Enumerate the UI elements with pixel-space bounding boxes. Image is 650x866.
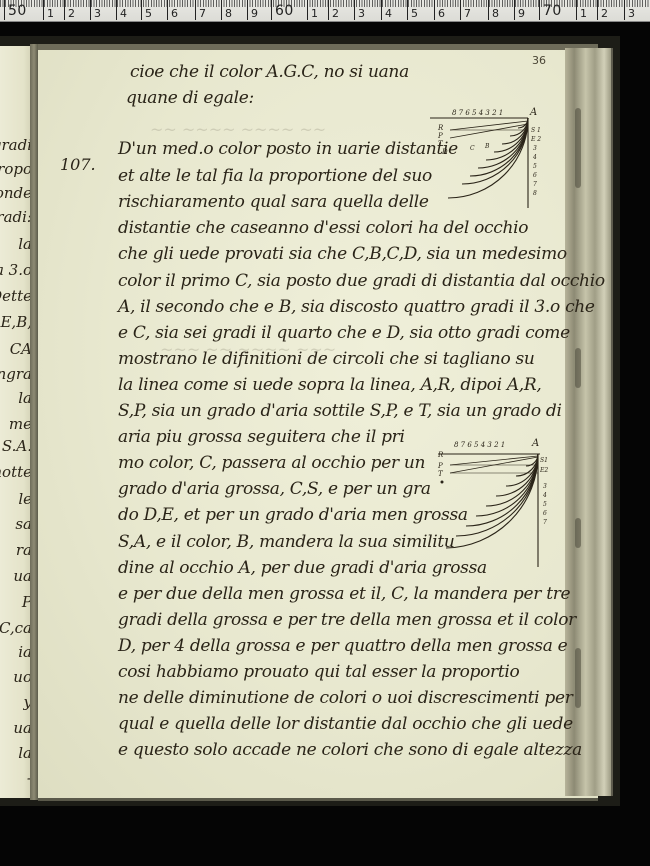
manuscript-line: D'un med.o color posto in uarie distanti… xyxy=(118,139,458,159)
ruler-label: 3 xyxy=(628,7,635,20)
svg-text:E 2: E 2 xyxy=(530,136,541,143)
ruler-label: 4 xyxy=(385,7,392,20)
left-page-fragment: CA xyxy=(10,340,32,358)
diagram-apex-label: A xyxy=(529,107,537,118)
svg-text:E2: E2 xyxy=(539,467,548,474)
ruler-label: 9 xyxy=(251,7,258,20)
ruler-label: 2 xyxy=(332,7,339,20)
ruler-label: 2 xyxy=(68,7,75,20)
lower-quarter-circle-diagram: 8 7 6 5 4 3 2 1 A R P T S1 E2 3 4 5 6 7 xyxy=(430,432,540,571)
left-page: gradiproposonderadi:laa 3.oDetteE,B,CAng… xyxy=(0,46,34,798)
svg-text:5: 5 xyxy=(533,163,537,170)
left-page-fragment: C,ca xyxy=(0,619,32,637)
manuscript-line: quane di egale: xyxy=(126,88,254,108)
svg-text:B: B xyxy=(484,143,490,150)
ruler-label: 60 xyxy=(275,5,294,18)
left-page-fragment: me xyxy=(9,415,32,433)
ruler-major-tick xyxy=(247,0,248,20)
ruler-major-tick xyxy=(64,0,65,20)
ruler-major-tick xyxy=(381,0,382,20)
svg-text:P: P xyxy=(437,462,443,470)
ruler-label: 1 xyxy=(580,7,587,20)
ruler-label: 8 xyxy=(492,7,499,20)
left-page-fragment: radi: xyxy=(0,208,32,226)
diagram-top-scale: 8 7 6 5 4 3 2 1 xyxy=(452,109,503,117)
ruler-label: 1 xyxy=(47,7,54,20)
manuscript-line: la linea come si uede sopra la linea, A,… xyxy=(118,375,542,395)
svg-text:S 1: S 1 xyxy=(531,127,541,134)
ruler-major-tick xyxy=(576,0,577,20)
manuscript-line: mostrano le difinitioni de circoli che s… xyxy=(118,349,535,369)
ruler-label: 3 xyxy=(358,7,365,20)
svg-text:P: P xyxy=(437,132,443,140)
ruler-major-tick xyxy=(307,0,308,20)
ruler-label: 8 xyxy=(225,7,232,20)
left-page-fragment: propo xyxy=(0,160,32,178)
paragraph-number: 107. xyxy=(60,155,96,174)
ruler-major-tick xyxy=(195,0,196,20)
ruler-major-tick xyxy=(271,0,272,20)
ruler-label: 6 xyxy=(438,7,445,20)
ruler-label: 5 xyxy=(145,7,152,20)
ruler-major-tick xyxy=(328,0,329,20)
svg-text:5: 5 xyxy=(543,501,547,508)
manuscript-line: do D,E, et per un grado d'aria men gross… xyxy=(118,505,468,525)
ruler-major-tick xyxy=(4,0,5,20)
svg-text:3: 3 xyxy=(543,483,547,490)
ruler-major-tick xyxy=(624,0,625,20)
manuscript-line: ne delle diminutione de colori o uoi dis… xyxy=(118,688,573,708)
ruler-label: 5 xyxy=(411,7,418,20)
ruler-major-tick xyxy=(407,0,408,20)
left-page-fragment: sonde xyxy=(0,184,32,202)
ruler-label: 7 xyxy=(199,7,206,20)
left-page-fragment: S.A. xyxy=(2,437,32,455)
ruler-major-tick xyxy=(43,0,44,20)
folio-number: 36 xyxy=(532,54,546,67)
manuscript-line: et alte le tal fia la proportione del su… xyxy=(118,166,432,186)
svg-text:R: R xyxy=(437,451,444,459)
upper-quarter-circle-diagram: 8 7 6 5 4 3 2 1 A R P T D C B S 1 E 2 3 … xyxy=(430,108,540,212)
left-page-fragment: ngra xyxy=(0,365,32,383)
left-page-fragment: E,B, xyxy=(0,313,32,331)
ruler-label: 70 xyxy=(543,5,562,18)
svg-text:T: T xyxy=(438,470,444,478)
manuscript-line: cioe che il color A.G.C, no si uana xyxy=(130,62,409,82)
ruler-label: 1 xyxy=(311,7,318,20)
svg-text:4: 4 xyxy=(542,492,547,499)
left-page-fragment: a 3.o xyxy=(0,261,32,279)
ruler-label: 9 xyxy=(518,7,525,20)
measurement-ruler: 501234567896012345678970123 xyxy=(0,0,650,22)
ruler-major-tick xyxy=(539,0,540,20)
ruler-major-tick xyxy=(90,0,91,20)
manuscript-line: color il primo C, sia posto due gradi di… xyxy=(118,271,605,291)
ruler-major-tick xyxy=(221,0,222,20)
svg-text:7: 7 xyxy=(533,181,537,188)
ruler-label: 3 xyxy=(94,7,101,20)
manuscript-line: e per due della men grossa et il, C, la … xyxy=(118,584,570,604)
manuscript-line: D, per 4 della grossa e per quattro dell… xyxy=(118,636,567,656)
manuscript-line: e questo solo accade ne colori che sono … xyxy=(118,740,582,760)
ruler-major-tick xyxy=(514,0,515,20)
svg-text:6: 6 xyxy=(533,172,537,179)
svg-text:R: R xyxy=(437,124,444,132)
svg-text:8: 8 xyxy=(533,190,537,197)
svg-text:7: 7 xyxy=(543,519,547,526)
manuscript-line: qual e quella delle lor distantie dal oc… xyxy=(118,714,573,734)
ruler-major-tick xyxy=(434,0,435,20)
ruler-major-tick xyxy=(116,0,117,20)
svg-text:6: 6 xyxy=(543,510,547,517)
ruler-label: 4 xyxy=(120,7,127,20)
svg-text:S1: S1 xyxy=(540,457,548,464)
ruler-major-tick xyxy=(460,0,461,20)
manuscript-line: che gli uede provati sia che C,B,C,D, si… xyxy=(118,244,567,264)
ruler-label: 50 xyxy=(8,5,27,18)
bleed-through-text: ~~ ~~~~ ~~~~ ~~ xyxy=(150,120,326,139)
manuscript-line: rischiaramento qual sara quella delle xyxy=(118,192,429,212)
ruler-major-tick xyxy=(488,0,489,20)
svg-text:T: T xyxy=(438,140,444,148)
ruler-label: 2 xyxy=(601,7,608,20)
ruler-major-tick xyxy=(167,0,168,20)
page-edge-stack xyxy=(565,48,613,796)
ruler-major-tick xyxy=(597,0,598,20)
svg-text:D: D xyxy=(441,148,448,156)
svg-text:4: 4 xyxy=(532,154,537,161)
svg-text:C: C xyxy=(470,145,475,152)
manuscript-line: grado d'aria grossa, C,S, e per un gra xyxy=(118,479,431,499)
book-gutter xyxy=(30,44,38,800)
diagram-top-scale: 8 7 6 5 4 3 2 1 xyxy=(454,441,505,449)
ruler-major-tick xyxy=(354,0,355,20)
svg-text:3: 3 xyxy=(533,145,537,152)
left-page-fragment: Dette xyxy=(0,287,32,305)
manuscript-line: gradi della grossa e per tre della men g… xyxy=(118,610,576,630)
manuscript-line: distantie che caseanno d'essi colori ha … xyxy=(118,218,528,238)
manuscript-line: S,P, sia un grado d'aria sottile S,P, e … xyxy=(118,401,562,421)
ruler-label: 7 xyxy=(464,7,471,20)
manuscript-line: aria piu grossa seguitera che il pri xyxy=(118,427,405,447)
left-page-fragment: notte xyxy=(0,463,32,481)
left-page-fragment: gradi xyxy=(0,136,32,154)
ruler-label: 6 xyxy=(171,7,178,20)
diagram-apex-label: A xyxy=(531,438,539,449)
ruler-major-tick xyxy=(141,0,142,20)
manuscript-line: e C, sia sei gradi il quarto che e D, si… xyxy=(118,323,570,343)
manuscript-line: S,A, e il color, B, mandera la sua simil… xyxy=(118,532,455,552)
manuscript-line: A, il secondo che e B, sia discosto quat… xyxy=(118,297,595,317)
manuscript-line: mo color, C, passera al occhio per un xyxy=(118,453,425,473)
manuscript-line: cosi habbiamo prouato qui tal esser la p… xyxy=(118,662,519,682)
